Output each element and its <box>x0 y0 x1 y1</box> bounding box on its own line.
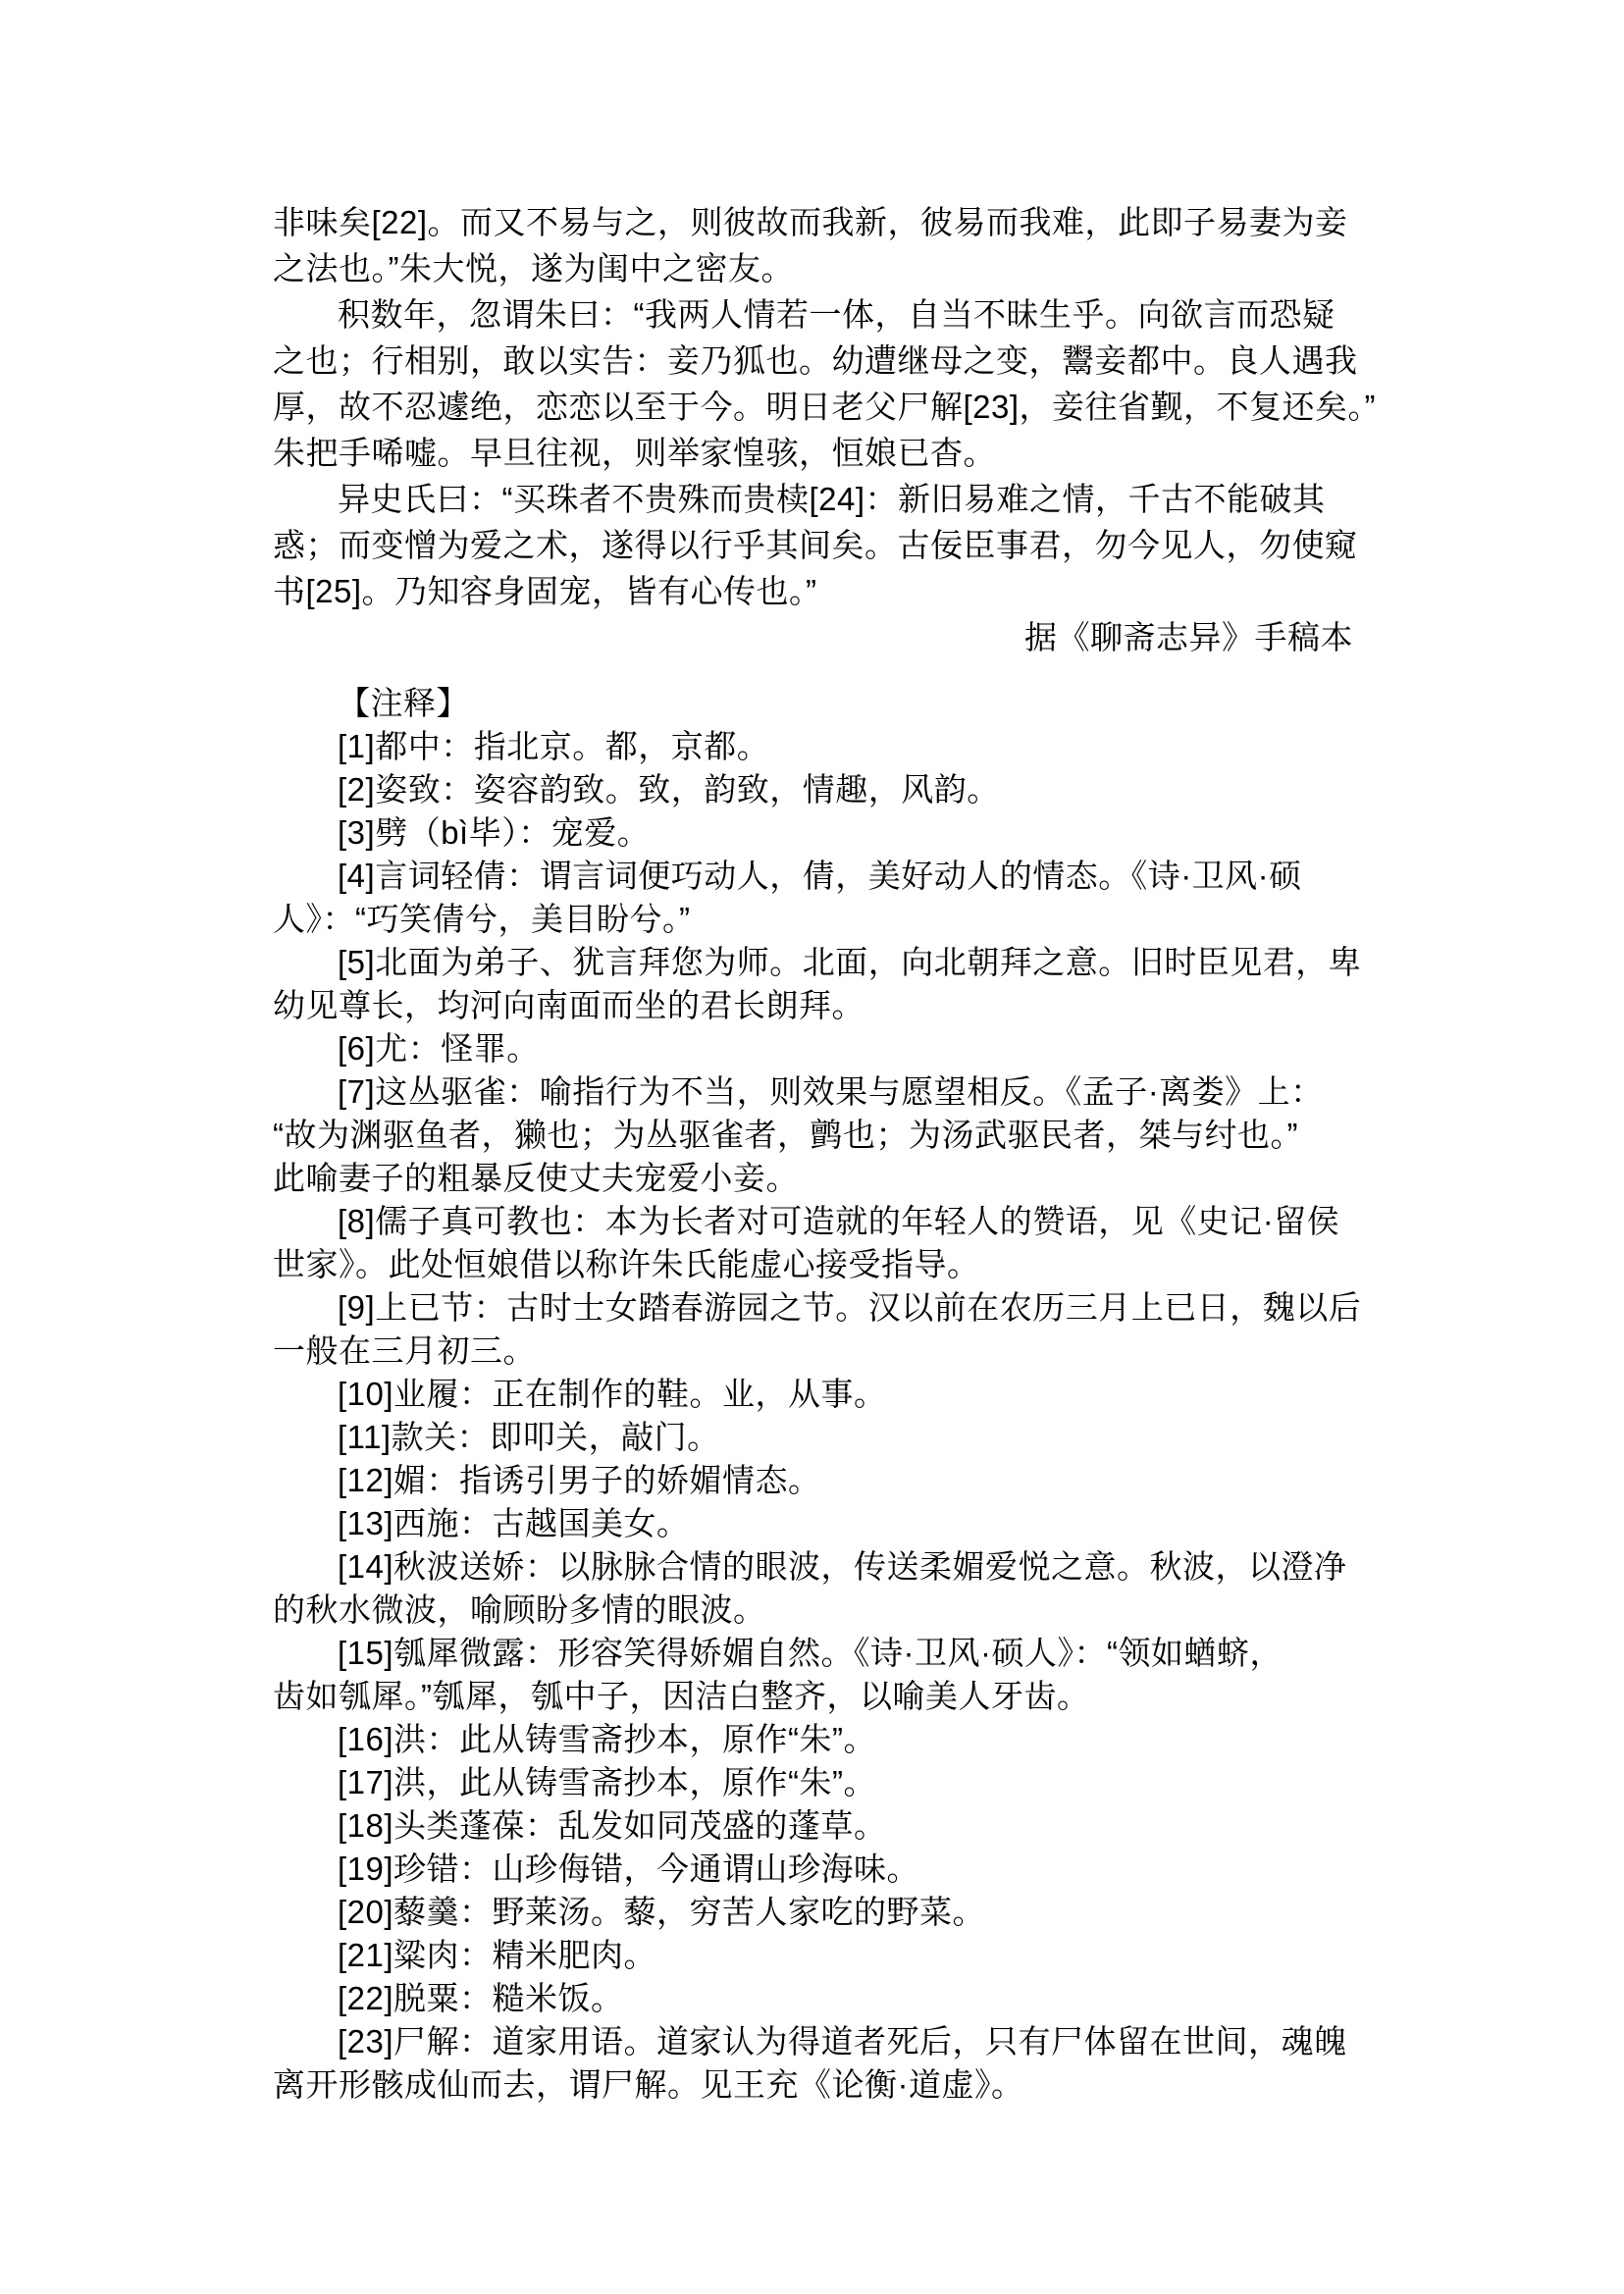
text-line: 厚，故不忍遽绝，恋恋以至于今。明日老父尸解[23]，妾往省觐，不复还矣。” <box>273 384 1353 430</box>
text-line: [5]北面为弟子、犹言拜您为师。北面，向北朝拜之意。旧时臣见君，卑 <box>273 941 1353 984</box>
text-line: [20]藜羹：野莱汤。藜，穷苦人家吃的野菜。 <box>273 1891 1353 1934</box>
text-line: [4]言词轻倩：谓言词便巧动人，倩，美好动人的情态。《诗·卫风·硕 <box>273 855 1353 898</box>
text-line: [8]儒子真可教也：本为长者对可造就的年轻人的赞语，见《史记·留侯 <box>273 1200 1353 1243</box>
text-line: 朱把手唏嘘。早旦往视，则举家惶骇，恒娘已杳。 <box>273 430 1353 476</box>
text-line: [9]上已节：古时士女踏春游园之节。汉以前在农历三月上已日，魏以后 <box>273 1286 1353 1329</box>
text-line: [19]珍错：山珍侮错，今通谓山珍海味。 <box>273 1848 1353 1891</box>
text-line: 非味矣[22]。而又不易与之，则彼故而我新，彼易而我难，此即子易妻为妾 <box>273 199 1353 245</box>
annotations-header: 【注释】 <box>273 682 1353 725</box>
text-line: [21]粱肉：精米肥肉。 <box>273 1934 1353 1977</box>
text-line: [12]媚：指诱引男子的娇媚情态。 <box>273 1459 1353 1502</box>
text-line: [15]瓠犀微露：形容笑得娇媚自然。《诗·卫风·硕人》：“领如蝤蛴， <box>273 1632 1353 1675</box>
text-line: 世家》。此处恒娘借以称许朱氏能虚心接受指导。 <box>273 1243 1353 1286</box>
text-line: 幼见尊长，均河向南面而坐的君长朗拜。 <box>273 984 1353 1027</box>
text-line: [17]洪，此从铸雪斋抄本，原作“朱”。 <box>273 1761 1353 1804</box>
text-line: [10]业履：正在制作的鞋。业，从事。 <box>273 1373 1353 1416</box>
text-line: [18]头类蓬葆：乱发如同茂盛的蓬草。 <box>273 1804 1353 1848</box>
text-line: “故为渊驱鱼者，獭也；为丛驱雀者，鹯也；为汤武驱民者，桀与纣也。” <box>273 1114 1353 1157</box>
text-line: 此喻妻子的粗暴反使丈夫宠爱小妾。 <box>273 1157 1353 1200</box>
text-line: 之法也。”朱大悦，遂为闺中之密友。 <box>273 245 1353 291</box>
text-line: [3]劈（bì毕）：宠爱。 <box>273 811 1353 855</box>
text-line: 积数年，忽谓朱曰：“我两人情若一体，自当不昧生乎。向欲言而恐疑 <box>273 291 1353 338</box>
text-line: [23]尸解：道家用语。道家认为得道者死后，只有尸体留在世间，魂魄 <box>273 2020 1353 2063</box>
text-line: [14]秋波送娇：以脉脉合情的眼波，传送柔媚爱悦之意。秋波，以澄净 <box>273 1545 1353 1589</box>
text-line: [7]这丛驱雀：喻指行为不当，则效果与愿望相反。《孟子·离娄》上： <box>273 1070 1353 1114</box>
text-line: [13]西施：古越国美女。 <box>273 1502 1353 1545</box>
text-line: 一般在三月初三。 <box>273 1329 1353 1373</box>
story-text: 非味矣[22]。而又不易与之，则彼故而我新，彼易而我难，此即子易妻为妾之法也。”… <box>273 199 1353 660</box>
text-line: [6]尤：怪罪。 <box>273 1027 1353 1070</box>
annotations-section: 【注释】 [1]都中：指北京。都，京都。[2]姿致：姿容韵致。致，韵致，情趣，风… <box>273 682 1353 2107</box>
text-line: 人》：“巧笑倩兮，美目盼兮。” <box>273 898 1353 941</box>
text-line: 的秋水微波，喻顾盼多情的眼波。 <box>273 1589 1353 1632</box>
text-line: 书[25]。乃知容身固宠，皆有心传也。” <box>273 568 1353 614</box>
text-line: 齿如瓠犀。”瓠犀，瓠中子，因洁白整齐，以喻美人牙齿。 <box>273 1675 1353 1718</box>
text-line: [2]姿致：姿容韵致。致，韵致，情趣，风韵。 <box>273 768 1353 811</box>
text-line: 之也；行相别，敢以实告：妾乃狐也。幼遭继母之变，鬻妾都中。良人遇我 <box>273 338 1353 384</box>
text-line: [16]洪：此从铸雪斋抄本，原作“朱”。 <box>273 1718 1353 1761</box>
text-line: [1]都中：指北京。都，京都。 <box>273 725 1353 768</box>
text-line: [22]脱粟：糙米饭。 <box>273 1977 1353 2020</box>
text-line: 离开形骸成仙而去，谓尸解。见王充《论衡·道虚》。 <box>273 2063 1353 2107</box>
text-line: [11]款关：即叩关，敲门。 <box>273 1416 1353 1459</box>
text-line: 惑；而变憎为爱之术，遂得以行乎其间矣。古佞臣事君，勿今见人，勿使窥 <box>273 522 1353 568</box>
document-page: 非味矣[22]。而又不易与之，则彼故而我新，彼易而我难，此即子易妻为妾之法也。”… <box>0 0 1624 2294</box>
text-line: 异史氏曰：“买珠者不贵殊而贵椟[24]：新旧易难之情，千古不能破其 <box>273 476 1353 522</box>
annotations-list: [1]都中：指北京。都，京都。[2]姿致：姿容韵致。致，韵致，情趣，风韵。[3]… <box>273 725 1353 2107</box>
text-line: 据《聊斋志异》手稿本 <box>273 614 1353 660</box>
